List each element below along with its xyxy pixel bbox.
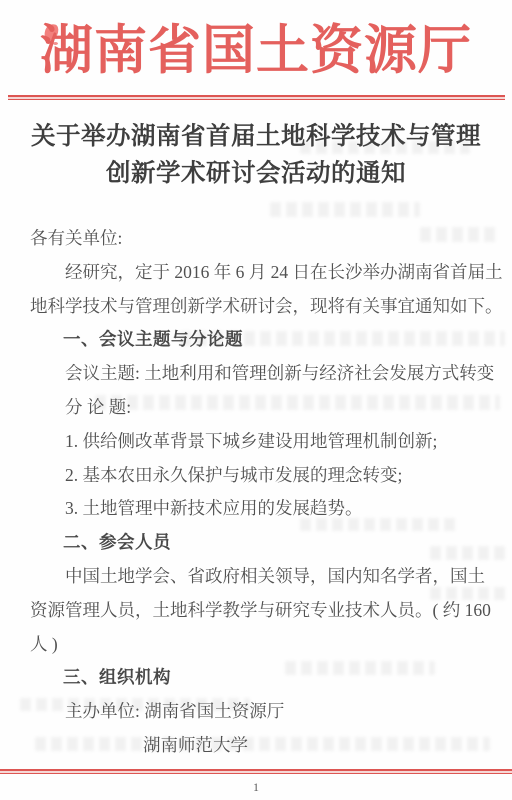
body-line: 地科学技术与管理创新学术研讨会，现将有关事宜通知如下。	[30, 290, 490, 324]
body-line: 会议主题: 土地利用和管理创新与经济社会发展方式转变	[30, 357, 490, 391]
section-heading: 二、参会人员	[30, 526, 490, 560]
body-line: 湖南师范大学	[30, 729, 490, 763]
page-number: 1	[0, 780, 512, 795]
body-line: 1. 供给侧改革背景下城乡建设用地管理机制创新;	[30, 425, 490, 459]
body-line: 主办单位: 湖南省国土资源厅	[30, 695, 490, 729]
body-line: 经研究，定于 2016 年 6 月 24 日在长沙举办湖南省首届土	[30, 256, 490, 290]
body-line: 2. 基本农田永久保护与城市发展的理念转变;	[30, 459, 490, 493]
section-heading: 三、组织机构	[30, 661, 490, 695]
scanned-document-page: 湖南省国土资源厅 关于举办湖南省首届土地科学技术与管理 创新学术研讨会活动的通知…	[0, 0, 512, 800]
footer-divider-rule	[0, 769, 512, 774]
document-body: 各有关单位:经研究，定于 2016 年 6 月 24 日在长沙举办湖南省首届土地…	[30, 222, 490, 763]
body-line: 3. 土地管理中新技术应用的发展趋势。	[30, 492, 490, 526]
document-title-line2: 创新学术研讨会活动的通知	[0, 155, 512, 192]
section-heading: 一、会议主题与分论题	[30, 323, 490, 357]
letterhead-divider-rule	[8, 95, 505, 100]
body-line: 分 论 题:	[30, 391, 490, 425]
bleedthrough-artifact	[270, 202, 420, 217]
document-title: 关于举办湖南省首届土地科学技术与管理 创新学术研讨会活动的通知	[0, 118, 512, 192]
body-line: 资源管理人员，土地科学教学与研究专业技术人员。( 约 160	[30, 594, 490, 628]
body-line: 各有关单位:	[30, 222, 490, 256]
letterhead-agency-name: 湖南省国土资源厅	[0, 18, 512, 84]
bleedthrough-artifact	[300, 141, 470, 154]
body-line: 人 )	[30, 628, 490, 662]
body-line: 中国土地学会、省政府相关领导，国内知名学者，国土	[30, 560, 490, 594]
